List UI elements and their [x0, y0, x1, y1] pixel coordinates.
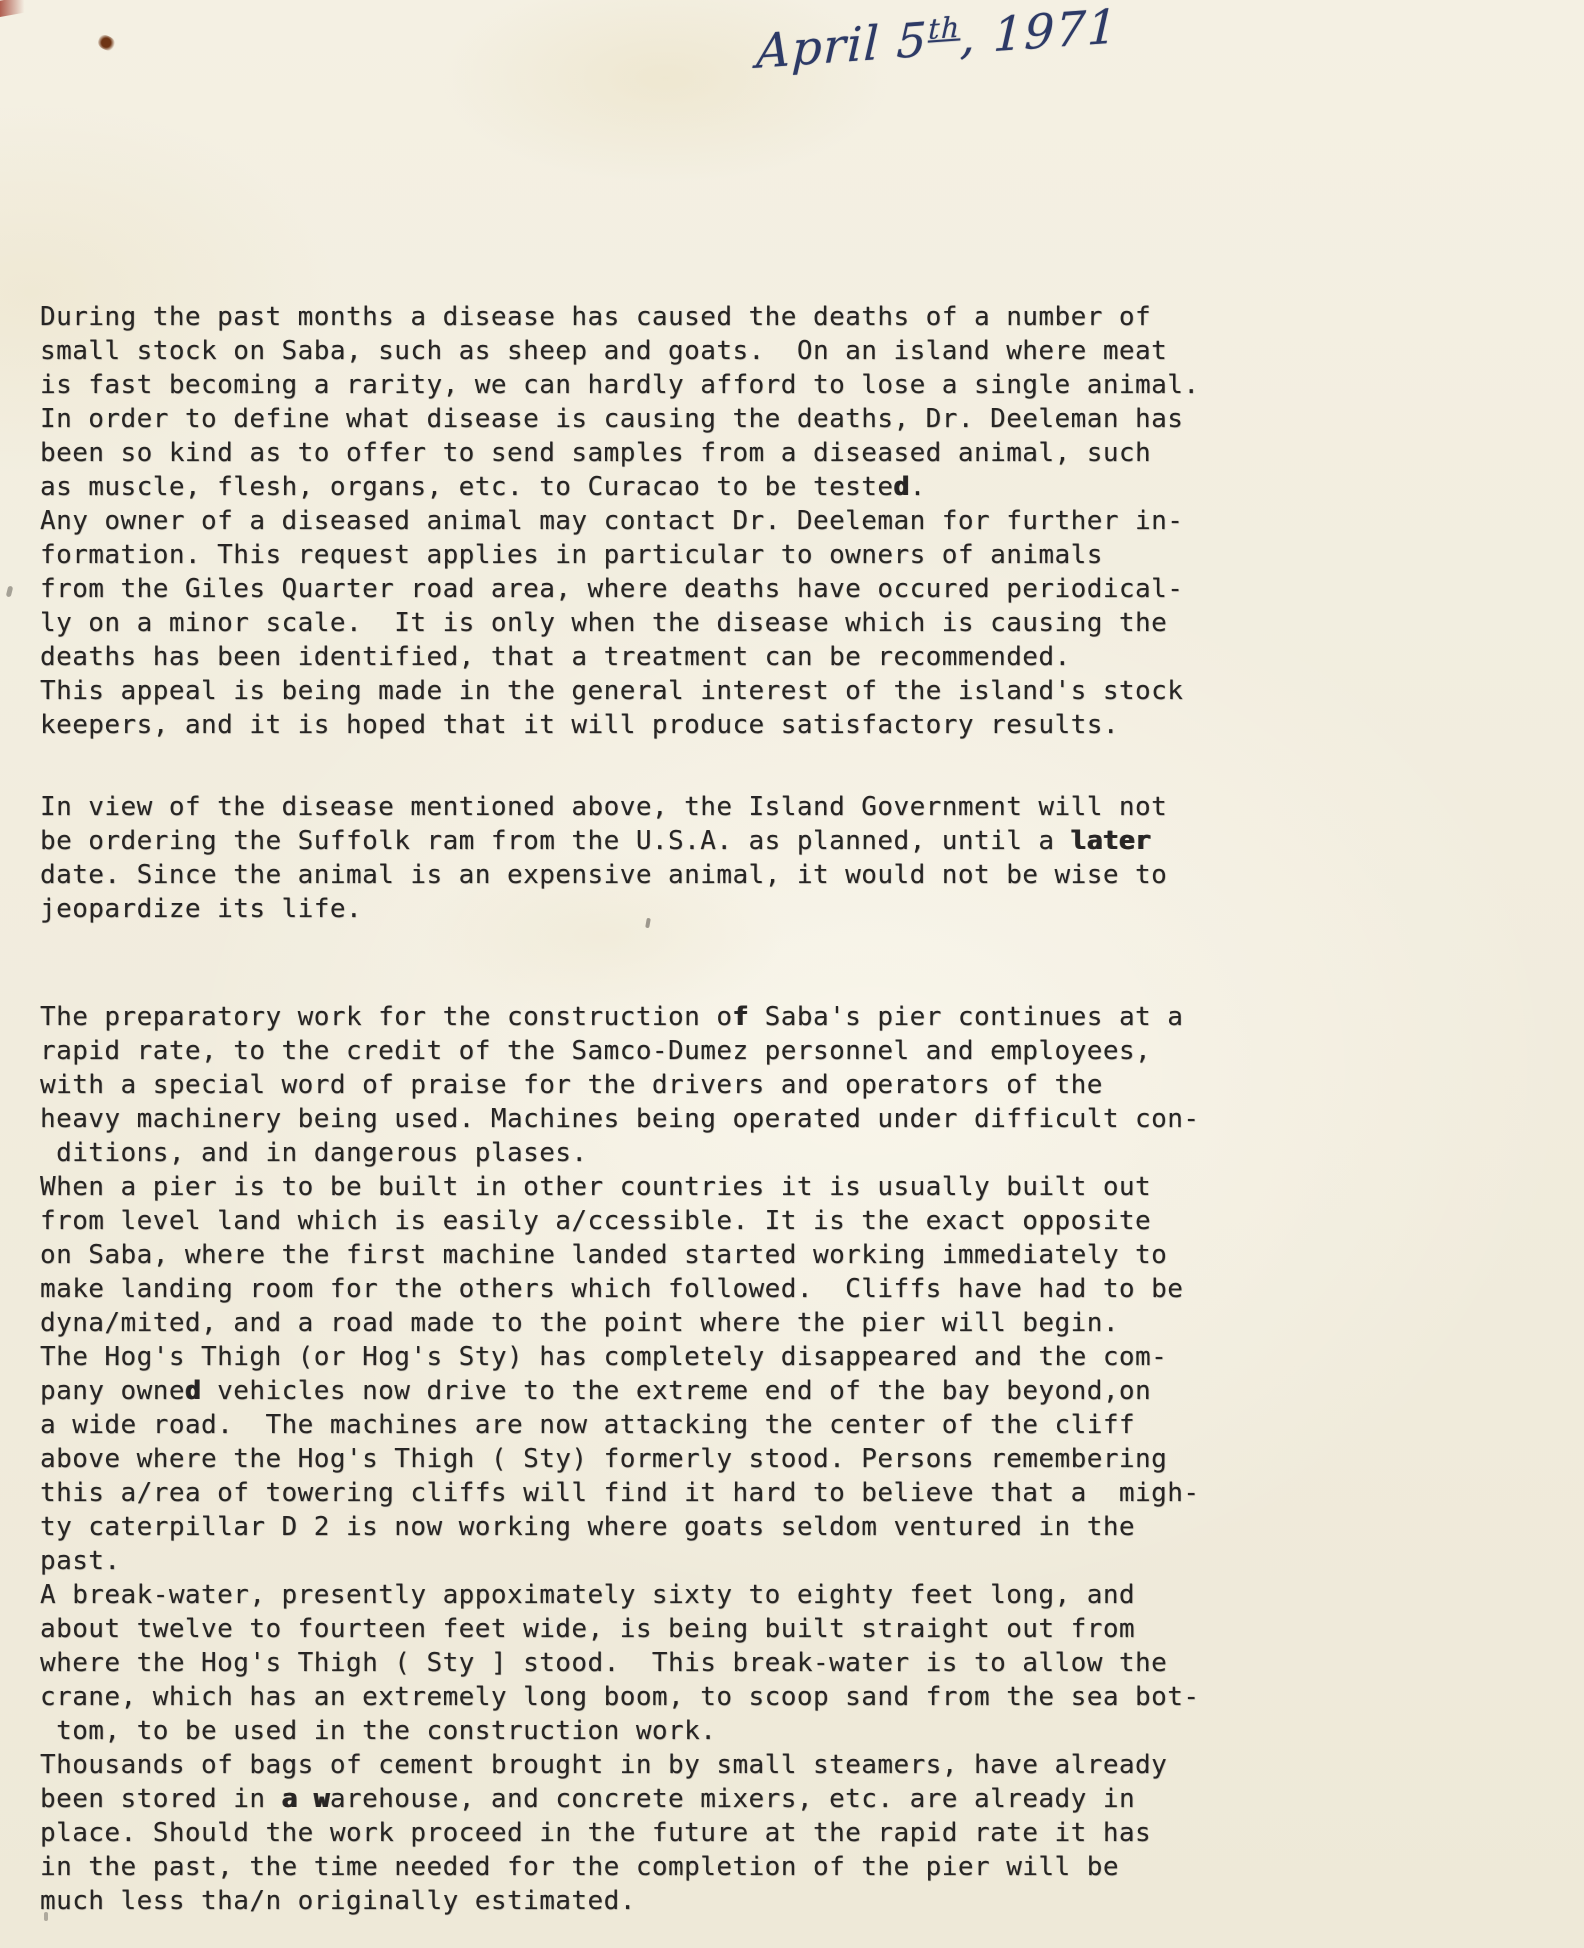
- text-line: above where the Hog's Thigh ( Sty) forme…: [40, 1442, 1540, 1476]
- text-line: ly on a minor scale. It is only when the…: [40, 606, 1540, 640]
- text-segment: When a pier is to be built in other coun…: [40, 1172, 1151, 1202]
- text-segment: make landing room for the others which f…: [40, 1274, 1183, 1304]
- text-line: In order to define what disease is causi…: [40, 402, 1540, 436]
- text-segment: ly on a minor scale. It is only when the…: [40, 608, 1167, 638]
- text-line: as muscle, flesh, organs, etc. to Curaca…: [40, 470, 1540, 504]
- text-segment: keepers, and it is hoped that it will pr…: [40, 710, 1119, 740]
- overstruck-text: later: [1071, 826, 1152, 856]
- text-segment: jeopardize its life.: [40, 894, 362, 924]
- text-segment: dyna/mited, and a road made to the point…: [40, 1308, 1119, 1338]
- text-segment: on Saba, where the first machine landed …: [40, 1240, 1167, 1270]
- text-segment: been stored in: [40, 1784, 282, 1814]
- text-line: When a pier is to be built in other coun…: [40, 1170, 1540, 1204]
- text-line: this a/rea of towering cliffs will find …: [40, 1476, 1540, 1510]
- text-segment: rapid rate, to the credit of the Samco-D…: [40, 1036, 1151, 1066]
- text-line: deaths has been identified, that a treat…: [40, 640, 1540, 674]
- stray-mark: [6, 586, 14, 598]
- document-page: April 5th, 1971 During the past months a…: [0, 0, 1584, 1948]
- text-segment: a wide road. The machines are now attack…: [40, 1410, 1135, 1440]
- text-line: Any owner of a diseased animal may conta…: [40, 504, 1540, 538]
- text-line: where the Hog's Thigh ( Sty ] stood. Thi…: [40, 1646, 1540, 1680]
- ink-speck: [96, 33, 118, 53]
- text-line: A break-water, presently appoximately si…: [40, 1578, 1540, 1612]
- text-line: jeopardize its life.: [40, 892, 1540, 926]
- text-line: in the past, the time needed for the com…: [40, 1850, 1540, 1884]
- text-segment: This appeal is being made in the general…: [40, 676, 1183, 706]
- text-line: dyna/mited, and a road made to the point…: [40, 1306, 1540, 1340]
- text-segment: vehicles now drive to the extreme end of…: [201, 1376, 1151, 1406]
- date-day: April 5: [755, 13, 928, 80]
- text-segment: Saba's pier continues at a: [749, 1002, 1184, 1032]
- text-line: been stored in a warehouse, and concrete…: [40, 1782, 1540, 1816]
- handwritten-date: April 5th, 1971: [755, 0, 1119, 80]
- paragraph: The preparatory work for the constructio…: [40, 1000, 1540, 1918]
- text-segment: heavy machinery being used. Machines bei…: [40, 1104, 1199, 1134]
- text-line: from level land which is easily a/ccessi…: [40, 1204, 1540, 1238]
- paragraph: During the past months a disease has cau…: [40, 300, 1540, 742]
- date-ordinal-suffix: th: [928, 11, 962, 46]
- ink-smudge: [0, 0, 37, 17]
- text-line: formation. This request applies in parti…: [40, 538, 1540, 572]
- text-line: from the Giles Quarter road area, where …: [40, 572, 1540, 606]
- text-segment: with a special word of praise for the dr…: [40, 1070, 1103, 1100]
- text-line: on Saba, where the first machine landed …: [40, 1238, 1540, 1272]
- text-segment: above where the Hog's Thigh ( Sty) forme…: [40, 1444, 1167, 1474]
- text-segment: from level land which is easily a/ccessi…: [40, 1206, 1151, 1236]
- text-segment: from the Giles Quarter road area, where …: [40, 574, 1183, 604]
- text-segment: The preparatory work for the constructio…: [40, 1002, 732, 1032]
- text-line: During the past months a disease has cau…: [40, 300, 1540, 334]
- text-line: is fast becoming a rarity, we can hardly…: [40, 368, 1540, 402]
- text-line: ditions, and in dangerous plases.: [40, 1136, 1540, 1170]
- text-segment: Thousands of bags of cement brought in b…: [40, 1750, 1167, 1780]
- text-segment: During the past months a disease has cau…: [40, 302, 1151, 332]
- text-segment: The Hog's Thigh (or Hog's Sty) has compl…: [40, 1342, 1167, 1372]
- text-line: tom, to be used in the construction work…: [40, 1714, 1540, 1748]
- text-line: much less tha/n originally estimated.: [40, 1884, 1540, 1918]
- text-segment: be ordering the Suffolk ram from the U.S…: [40, 826, 1071, 856]
- text-segment: In view of the disease mentioned above, …: [40, 792, 1167, 822]
- text-segment: deaths has been identified, that a treat…: [40, 642, 1071, 672]
- text-segment: ditions, and in dangerous plases.: [40, 1138, 588, 1168]
- text-segment: is fast becoming a rarity, we can hardly…: [40, 370, 1199, 400]
- text-segment: Any owner of a diseased animal may conta…: [40, 506, 1183, 536]
- text-segment: in the past, the time needed for the com…: [40, 1852, 1119, 1882]
- text-segment: place. Should the work proceed in the fu…: [40, 1818, 1151, 1848]
- text-line: a wide road. The machines are now attack…: [40, 1408, 1540, 1442]
- text-segment: as muscle, flesh, organs, etc. to Curaca…: [40, 472, 893, 502]
- text-segment: been so kind as to offer to send samples…: [40, 438, 1151, 468]
- text-segment: In order to define what disease is causi…: [40, 404, 1183, 434]
- text-line: date. Since the animal is an expensive a…: [40, 858, 1540, 892]
- text-line: with a special word of praise for the dr…: [40, 1068, 1540, 1102]
- text-line: crane, which has an extremely long boom,…: [40, 1680, 1540, 1714]
- text-segment: arehouse, and concrete mixers, etc. are …: [330, 1784, 1135, 1814]
- document-body: During the past months a disease has cau…: [40, 300, 1540, 1918]
- text-line: rapid rate, to the credit of the Samco-D…: [40, 1034, 1540, 1068]
- text-line: ty caterpillar D 2 is now working where …: [40, 1510, 1540, 1544]
- text-line: pany owned vehicles now drive to the ext…: [40, 1374, 1540, 1408]
- text-segment: much less tha/n originally estimated.: [40, 1886, 636, 1916]
- text-line: The Hog's Thigh (or Hog's Sty) has compl…: [40, 1340, 1540, 1374]
- text-segment: crane, which has an extremely long boom,…: [40, 1682, 1199, 1712]
- text-segment: about twelve to fourteen feet wide, is b…: [40, 1614, 1135, 1644]
- text-segment: pany owne: [40, 1376, 185, 1406]
- text-line: place. Should the work proceed in the fu…: [40, 1816, 1540, 1850]
- text-segment: this a/rea of towering cliffs will find …: [40, 1478, 1199, 1508]
- text-line: heavy machinery being used. Machines bei…: [40, 1102, 1540, 1136]
- text-segment: past.: [40, 1546, 121, 1576]
- text-line: In view of the disease mentioned above, …: [40, 790, 1540, 824]
- text-segment: tom, to be used in the construction work…: [40, 1716, 716, 1746]
- paragraph: In view of the disease mentioned above, …: [40, 790, 1540, 926]
- text-line: This appeal is being made in the general…: [40, 674, 1540, 708]
- text-segment: small stock on Saba, such as sheep and g…: [40, 336, 1167, 366]
- text-line: keepers, and it is hoped that it will pr…: [40, 708, 1540, 742]
- text-segment: ty caterpillar D 2 is now working where …: [40, 1512, 1135, 1542]
- text-segment: where the Hog's Thigh ( Sty ] stood. Thi…: [40, 1648, 1167, 1678]
- overstruck-text: d: [185, 1376, 201, 1406]
- text-segment: formation. This request applies in parti…: [40, 540, 1103, 570]
- overstruck-text: a w: [282, 1784, 330, 1814]
- text-line: The preparatory work for the constructio…: [40, 1000, 1540, 1034]
- text-segment: date. Since the animal is an expensive a…: [40, 860, 1167, 890]
- text-line: small stock on Saba, such as sheep and g…: [40, 334, 1540, 368]
- text-line: make landing room for the others which f…: [40, 1272, 1540, 1306]
- overstruck-text: f: [732, 1002, 748, 1032]
- text-line: be ordering the Suffolk ram from the U.S…: [40, 824, 1540, 858]
- text-line: about twelve to fourteen feet wide, is b…: [40, 1612, 1540, 1646]
- overstruck-text: d: [893, 472, 909, 502]
- text-line: past.: [40, 1544, 1540, 1578]
- text-segment: A break-water, presently appoximately si…: [40, 1580, 1135, 1610]
- date-year: , 1971: [959, 0, 1119, 66]
- text-line: been so kind as to offer to send samples…: [40, 436, 1540, 470]
- text-segment: .: [910, 472, 926, 502]
- text-line: Thousands of bags of cement brought in b…: [40, 1748, 1540, 1782]
